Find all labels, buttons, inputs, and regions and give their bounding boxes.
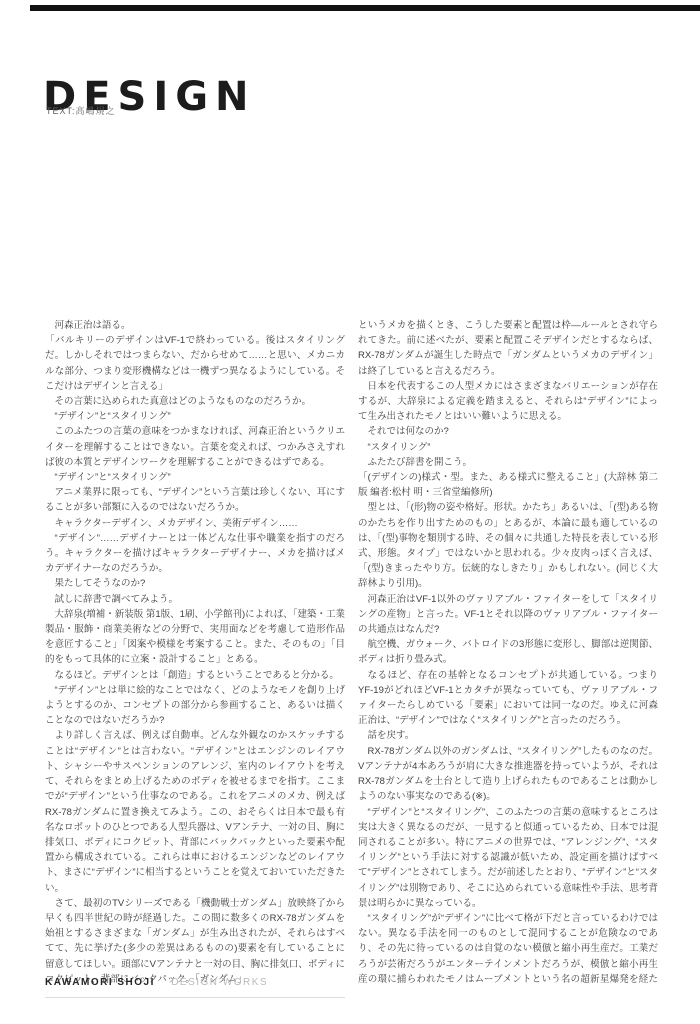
paragraph: RX-78ガンダム以外のガンダムは、“スタイリング”したものなのだ。Vアンテナが…: [358, 744, 658, 805]
footer-signature: KAWAMORI SHOJI DESIGN WORKS: [45, 978, 268, 988]
paragraph: さて、最初のTVシリーズである「機動戦士ガンダム」放映終了から早くも四半世紀の時…: [45, 896, 345, 984]
paragraph: 航空機、ガウォーク、バトロイドの3形態に変形し、脚部は逆関節、ボディは折り畳み式…: [358, 637, 658, 667]
paragraph: というメカを描くとき、こうした要素と配置は枠―ルールとされ守られてきた。前に述べ…: [358, 318, 658, 379]
paragraph: 河森正治は語る。: [45, 318, 345, 333]
paragraph: より詳しく言えば、例えば自動車。どんな外観なのかスケッチすることは“デザイン”と…: [45, 728, 345, 895]
magazine-page: DESIGN TEXT:高嶋規之 河森正治は語る。「バルキリーのデザインはVF-…: [0, 0, 700, 1024]
paragraph: キャラクターデザイン、メカデザイン、美術デザイン……: [45, 516, 345, 531]
right-column: というメカを描くとき、こうした要素と配置は枠―ルールとされ守られてきた。前に述べ…: [358, 318, 658, 984]
paragraph: 「(デザインの)様式・型。また、ある様式に整えること」(大辞林 第二版 編者:松…: [358, 470, 658, 500]
paragraph: 「バルキリーのデザインはVF-1で終わっている。後はスタイリングだ。しかしそれで…: [45, 333, 345, 394]
footer-rule: [45, 997, 345, 998]
paragraph: その言葉に込められた真意はどのようなものなのだろうか。: [45, 394, 345, 409]
series-title: DESIGN WORKS: [171, 977, 268, 988]
paragraph: このふたつの言葉の意味をつかまなければ、河森正治というクリエイターを理解すること…: [45, 424, 345, 470]
paragraph: 大辞泉(増補・新装版 第1版、1刷、小学館刊)によれば、「建築・工業製品・服飾・…: [45, 607, 345, 668]
paragraph: 河森正治はVF-1以外のヴァリアブル・ファイターをして「スタイリングの産物」と言…: [358, 592, 658, 638]
paragraph: 果たしてそうなのか?: [45, 576, 345, 591]
paragraph: 試しに辞書で調べてみよう。: [45, 592, 345, 607]
paragraph: 話を戻す。: [358, 728, 658, 743]
paragraph: “デザイン”とは単に絵的なことではなく、どのようなモノを創り上げようとするのか、…: [45, 683, 345, 729]
text-credit: TEXT:高嶋規之: [46, 104, 116, 117]
paragraph: “デザイン”と“スタイリング”: [45, 470, 345, 485]
top-rule: [30, 5, 700, 11]
paragraph: それでは何なのか?: [358, 424, 658, 439]
paragraph: “スタイリング”: [358, 440, 658, 455]
paragraph: なるほど、存在の基幹となるコンセプトが共通している。つまりYF-19がどれほどV…: [358, 668, 658, 729]
paragraph: “デザイン”……デザイナーとは一体どんな仕事や職業を指すのだろう。キャラクターを…: [45, 531, 345, 577]
paragraph: 型とは、「(形)物の姿や格好。形状。かたち」あるいは、「(型)ある物のかたちを作…: [358, 500, 658, 591]
paragraph: “デザイン”と“スタイリング”、このふたつの言葉の意味するところは実は大きく異な…: [358, 805, 658, 911]
paragraph: ふたたび辞書を開こう。: [358, 455, 658, 470]
paragraph: アニメ業界に限っても、“デザイン”という言葉は珍しくない、耳にすることが多い部類…: [45, 485, 345, 515]
paragraph: “デザイン”と“スタイリング”: [45, 409, 345, 424]
left-column: 河森正治は語る。「バルキリーのデザインはVF-1で終わっている。後はスタイリング…: [45, 318, 345, 984]
paragraph: 日本を代表するこの人型メカにはさまざまなバリエーションが存在するが、大辞泉による…: [358, 379, 658, 425]
paragraph: なるほど。デザインとは「創造」するということであると分かる。: [45, 668, 345, 683]
author-name: KAWAMORI SHOJI: [45, 977, 155, 988]
paragraph: “スタイリング”が“デザイン”に比べて格が下だと言っているわけではない。異なる手…: [358, 911, 658, 984]
